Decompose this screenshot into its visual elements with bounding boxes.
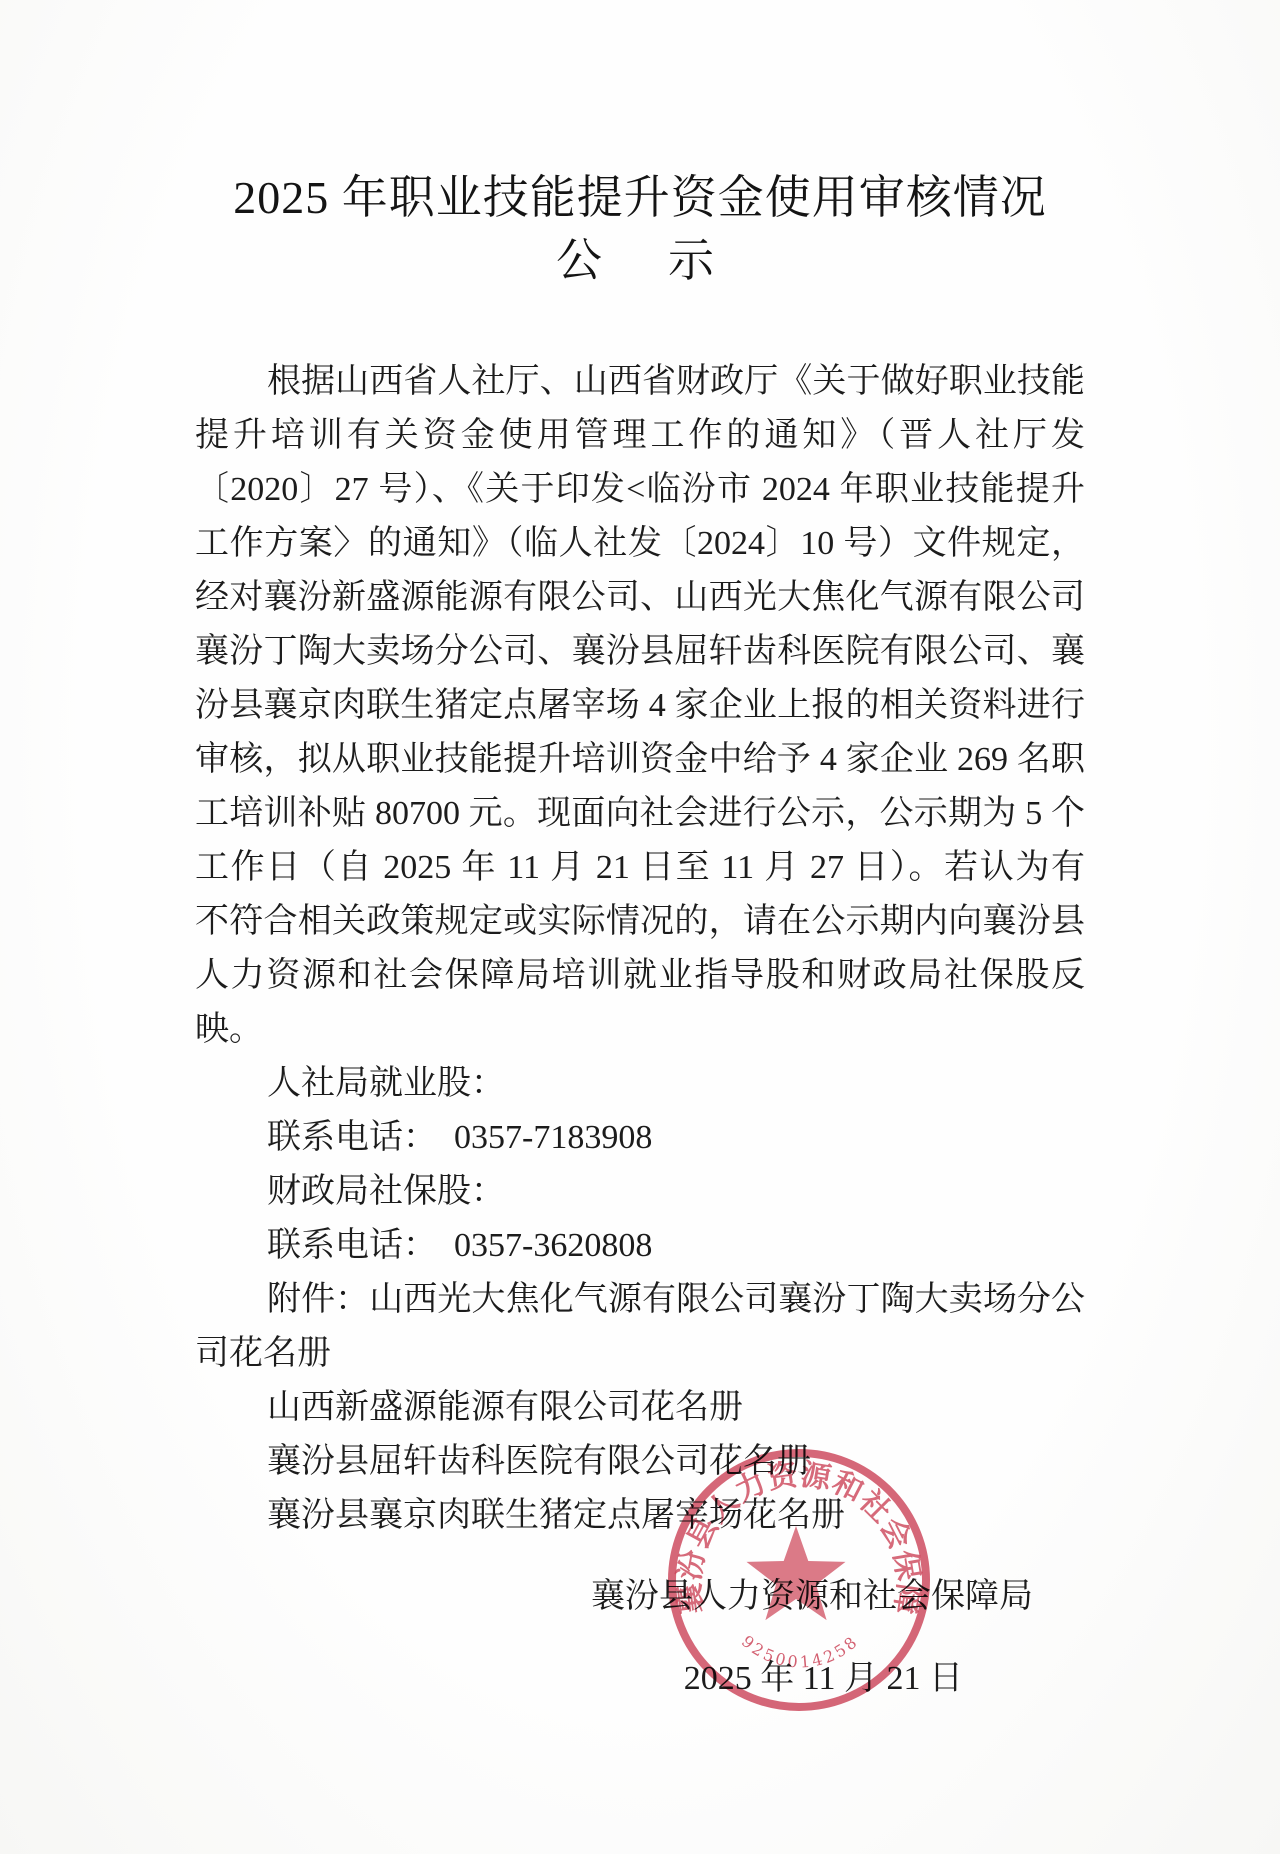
attachment-item: 襄汾县襄京肉联生猪定点屠宰场花名册 — [195, 1489, 1085, 1543]
paragraph-line: 映。 — [195, 1003, 1085, 1057]
paragraph-line: 人力资源和社会保障局培训就业指导股和财政局社保股反 — [195, 949, 1085, 1003]
paragraph-line: 工培训补贴 80700 元。现面向社会进行公示，公示期为 5 个 — [195, 787, 1085, 841]
paragraph-line: 汾县襄京肉联生猪定点屠宰场 4 家企业上报的相关资料进行 — [195, 679, 1085, 733]
paragraph-line: 襄汾丁陶大卖场分公司、襄汾县屈轩齿科医院有限公司、襄 — [195, 625, 1085, 679]
attachment-line: 司花名册 — [195, 1327, 1085, 1381]
title-line-2: 公 示 — [195, 229, 1085, 292]
contact-dept-line: 财政局社保股： — [195, 1165, 1085, 1219]
paragraph-line: 提升培训有关资金使用管理工作的通知》（晋人社厅发 — [195, 409, 1085, 463]
paragraph-line: 工作日（自 2025 年 11 月 21 日至 11 月 27 日）。若认为有 — [195, 841, 1085, 895]
notice-document-page: 2025 年职业技能提升资金使用审核情况 公 示 根据山西省人社厅、山西省财政厅… — [0, 0, 1280, 1854]
attachment-line: 附件：山西光大焦化气源有限公司襄汾丁陶大卖场分公 — [195, 1273, 1085, 1327]
issuer-signature: 襄汾县人力资源和社会保障局 — [195, 1570, 1085, 1624]
paragraph-line: 审核，拟从职业技能提升培训资金中给予 4 家企业 269 名职 — [195, 733, 1085, 787]
notice-body: 根据山西省人社厅、山西省财政厅《关于做好职业技能 提升培训有关资金使用管理工作的… — [195, 355, 1085, 1543]
page-title: 2025 年职业技能提升资金使用审核情况 公 示 — [195, 166, 1085, 292]
title-line-1: 2025 年职业技能提升资金使用审核情况 — [195, 166, 1085, 229]
contact-phone-line: 联系电话： 0357-7183908 — [195, 1111, 1085, 1165]
issue-date: 2025 年 11 月 21 日 — [195, 1652, 1085, 1706]
attachment-item: 山西新盛源能源有限公司花名册 — [195, 1381, 1085, 1435]
paragraph-line: 经对襄汾新盛源能源有限公司、山西光大焦化气源有限公司 — [195, 571, 1085, 625]
paragraph-line: 〔2020〕27 号）、《关于印发<临汾市 2024 年职业技能提升 — [195, 463, 1085, 517]
contact-dept-line: 人社局就业股： — [195, 1057, 1085, 1111]
contact-phone-line: 联系电话： 0357-3620808 — [195, 1219, 1085, 1273]
paragraph-line: 根据山西省人社厅、山西省财政厅《关于做好职业技能 — [195, 355, 1085, 409]
attachment-item: 襄汾县屈轩齿科医院有限公司花名册 — [195, 1435, 1085, 1489]
paragraph-line: 不符合相关政策规定或实际情况的，请在公示期内向襄汾县 — [195, 895, 1085, 949]
paragraph-line: 工作方案〉的通知》（临人社发〔2024〕10 号）文件规定， — [195, 517, 1085, 571]
